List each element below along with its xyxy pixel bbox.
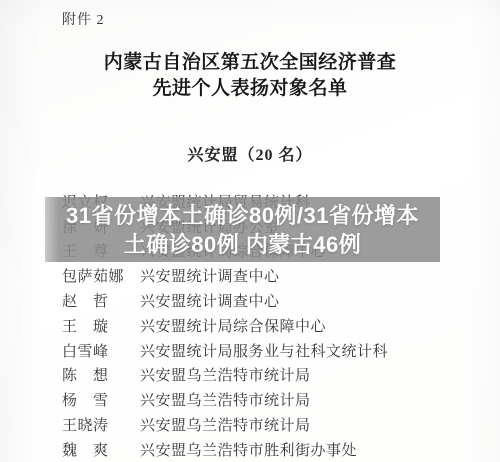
headline-text-line1: 31省份增本土确诊80例/31省份增本 <box>66 201 419 230</box>
person-organization: 兴安盟乌兰浩特市统计局 <box>140 364 311 385</box>
document-title: 内蒙古自治区第五次全国经济普查 先进个人表扬对象名单 <box>0 50 500 102</box>
person-name: 陈 想 <box>62 364 124 385</box>
person-name: 赵 哲 <box>62 290 124 311</box>
roster-row: 白雪峰 兴安盟统计局服务业与社科文统计科 <box>62 338 470 363</box>
person-name: 王 璇 <box>62 315 124 336</box>
document-page: 附件 2 内蒙古自治区第五次全国经济普查 先进个人表扬对象名单 兴安盟（20 名… <box>0 0 500 462</box>
document-title-line2: 先进个人表扬对象名单 <box>0 76 500 102</box>
person-organization: 兴安盟乌兰浩特市胜利街办事处 <box>140 439 357 460</box>
roster-row: 王晓涛 兴安盟乌兰浩特市统计局 <box>62 412 470 437</box>
person-organization: 兴安盟统计局综合保障中心 <box>140 315 326 336</box>
headline-overlay-banner: 31省份增本土确诊80例/31省份增本 土确诊80例 内蒙古46例 <box>45 197 440 262</box>
person-name: 魏 爽 <box>62 439 124 460</box>
section-heading: 兴安盟（20 名） <box>0 142 500 165</box>
roster-row: 王 璇 兴安盟统计局综合保障中心 <box>62 313 470 338</box>
person-name: 杨 雪 <box>62 389 124 410</box>
roster-row: 杨 雪 兴安盟乌兰浩特市统计局 <box>62 387 470 412</box>
person-name: 白雪峰 <box>62 340 124 361</box>
person-organization: 兴安盟乌兰浩特市统计局 <box>140 414 311 435</box>
roster-row: 魏 爽 兴安盟乌兰浩特市胜利街办事处 <box>62 437 470 462</box>
roster-row: 包萨茹娜 兴安盟统计调查中心 <box>62 263 470 288</box>
attachment-label: 附件 2 <box>62 9 105 29</box>
person-organization: 兴安盟统计局服务业与社科文统计科 <box>140 340 388 361</box>
person-organization: 兴安盟乌兰浩特市统计局 <box>140 389 311 410</box>
roster-row: 陈 想 兴安盟乌兰浩特市统计局 <box>62 363 470 388</box>
person-organization: 兴安盟统计调查中心 <box>140 290 280 311</box>
person-name: 包萨茹娜 <box>62 265 124 286</box>
person-name: 王晓涛 <box>62 414 124 435</box>
person-organization: 兴安盟统计调查中心 <box>140 265 280 286</box>
document-title-line1: 内蒙古自治区第五次全国经济普查 <box>0 50 500 76</box>
headline-text-line2: 土确诊80例 内蒙古46例 <box>124 230 362 259</box>
roster-row: 赵 哲 兴安盟统计调查中心 <box>62 288 470 313</box>
